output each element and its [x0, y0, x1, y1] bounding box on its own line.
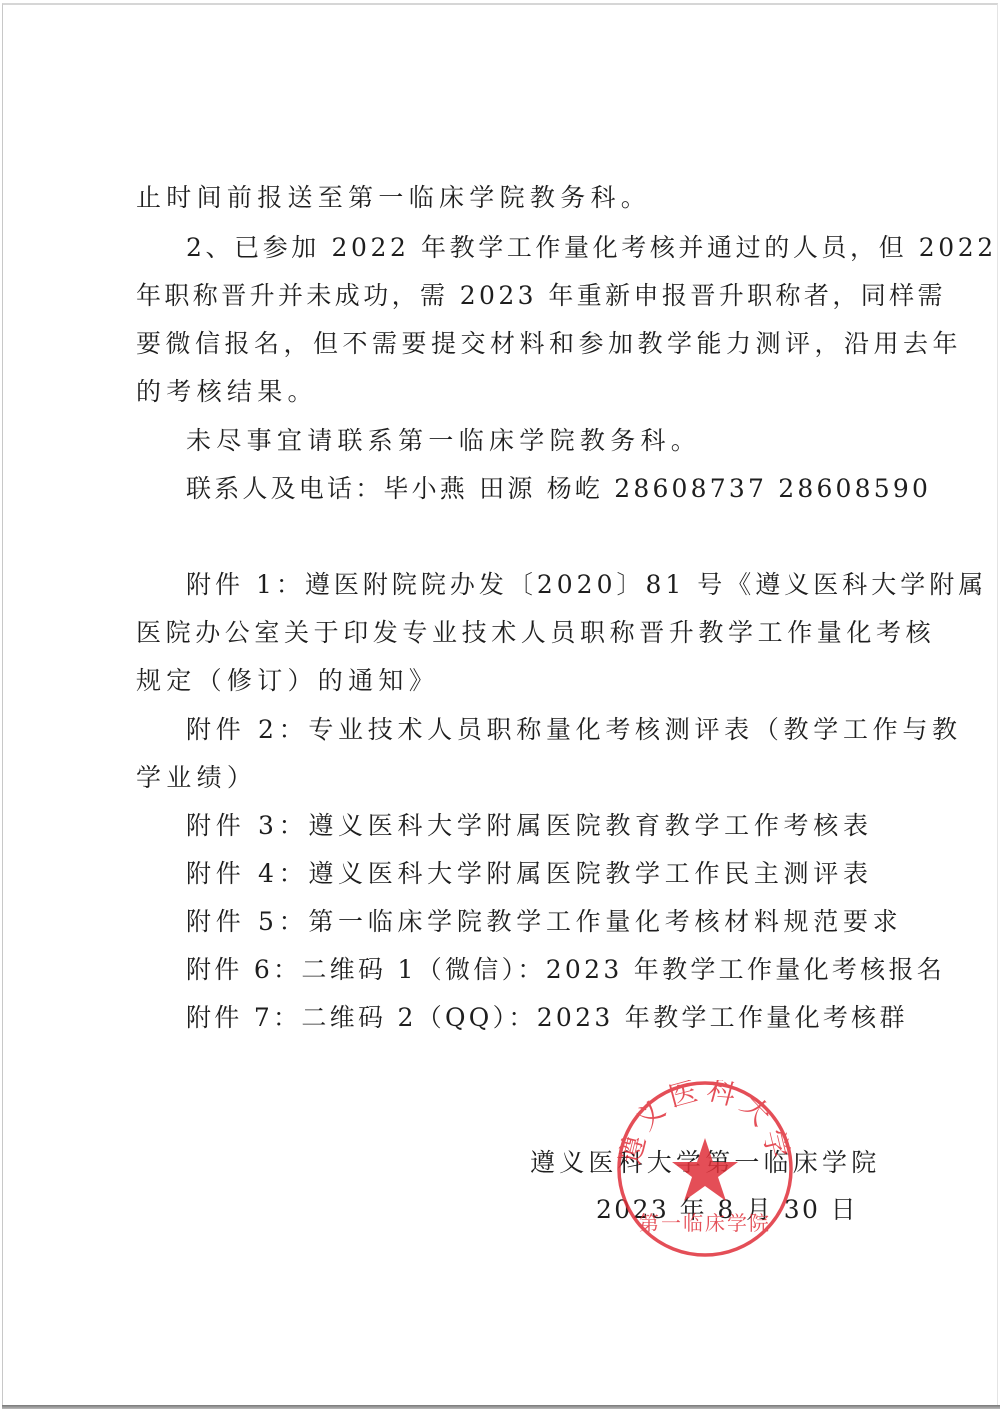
body-line: 要微信报名，但不需要提交材料和参加教学能力测评，沿用去年 — [136, 329, 962, 359]
attachment-7: 附件 7：二维码 2（QQ）：2023 年教学工作量化考核群 — [186, 1003, 908, 1033]
attachment-3: 附件 3：遵义医科大学附属医院教育教学工作考核表 — [186, 811, 873, 841]
contact-line: 联系人及电话：毕小燕 田源 杨屹 28608737 28608590 — [186, 474, 931, 504]
body-line: 的考核结果。 — [136, 377, 318, 407]
body-line: 止时间前报送至第一临床学院教务科。 — [136, 183, 651, 213]
attachment-4: 附件 4：遵义医科大学附属医院教学工作民主测评表 — [186, 859, 873, 889]
body-line: 年职称晋升并未成功，需 2023 年重新申报晋升职称者，同样需 — [136, 281, 946, 311]
attachment-1-cont: 医院办公室关于印发专业技术人员职称晋升教学工作量化考核 — [136, 618, 935, 648]
page-shadow — [2, 1405, 1000, 1409]
attachment-6: 附件 6：二维码 1（微信）：2023 年教学工作量化考核报名 — [186, 955, 945, 985]
attachment-1: 附件 1：遵医附院院办发〔2020〕81 号《遵义医科大学附属 — [186, 570, 987, 600]
body-line: 2、已参加 2022 年教学工作量化考核并通过的人员，但 2022 — [186, 233, 997, 263]
signature-organization: 遵义医科大学第一临床学院 — [530, 1148, 880, 1178]
attachment-2: 附件 2：专业技术人员职称量化考核测评表（教学工作与教 — [186, 715, 962, 745]
attachment-1-cont: 规定（修订）的通知》 — [136, 666, 439, 696]
body-line: 未尽事宜请联系第一临床学院教务科。 — [186, 426, 701, 456]
attachment-5: 附件 5：第一临床学院教学工作量化考核材料规范要求 — [186, 907, 902, 937]
attachment-2-cont: 学业绩） — [136, 763, 257, 793]
signature-date: 2023 年 8 月 30 日 — [596, 1195, 858, 1225]
